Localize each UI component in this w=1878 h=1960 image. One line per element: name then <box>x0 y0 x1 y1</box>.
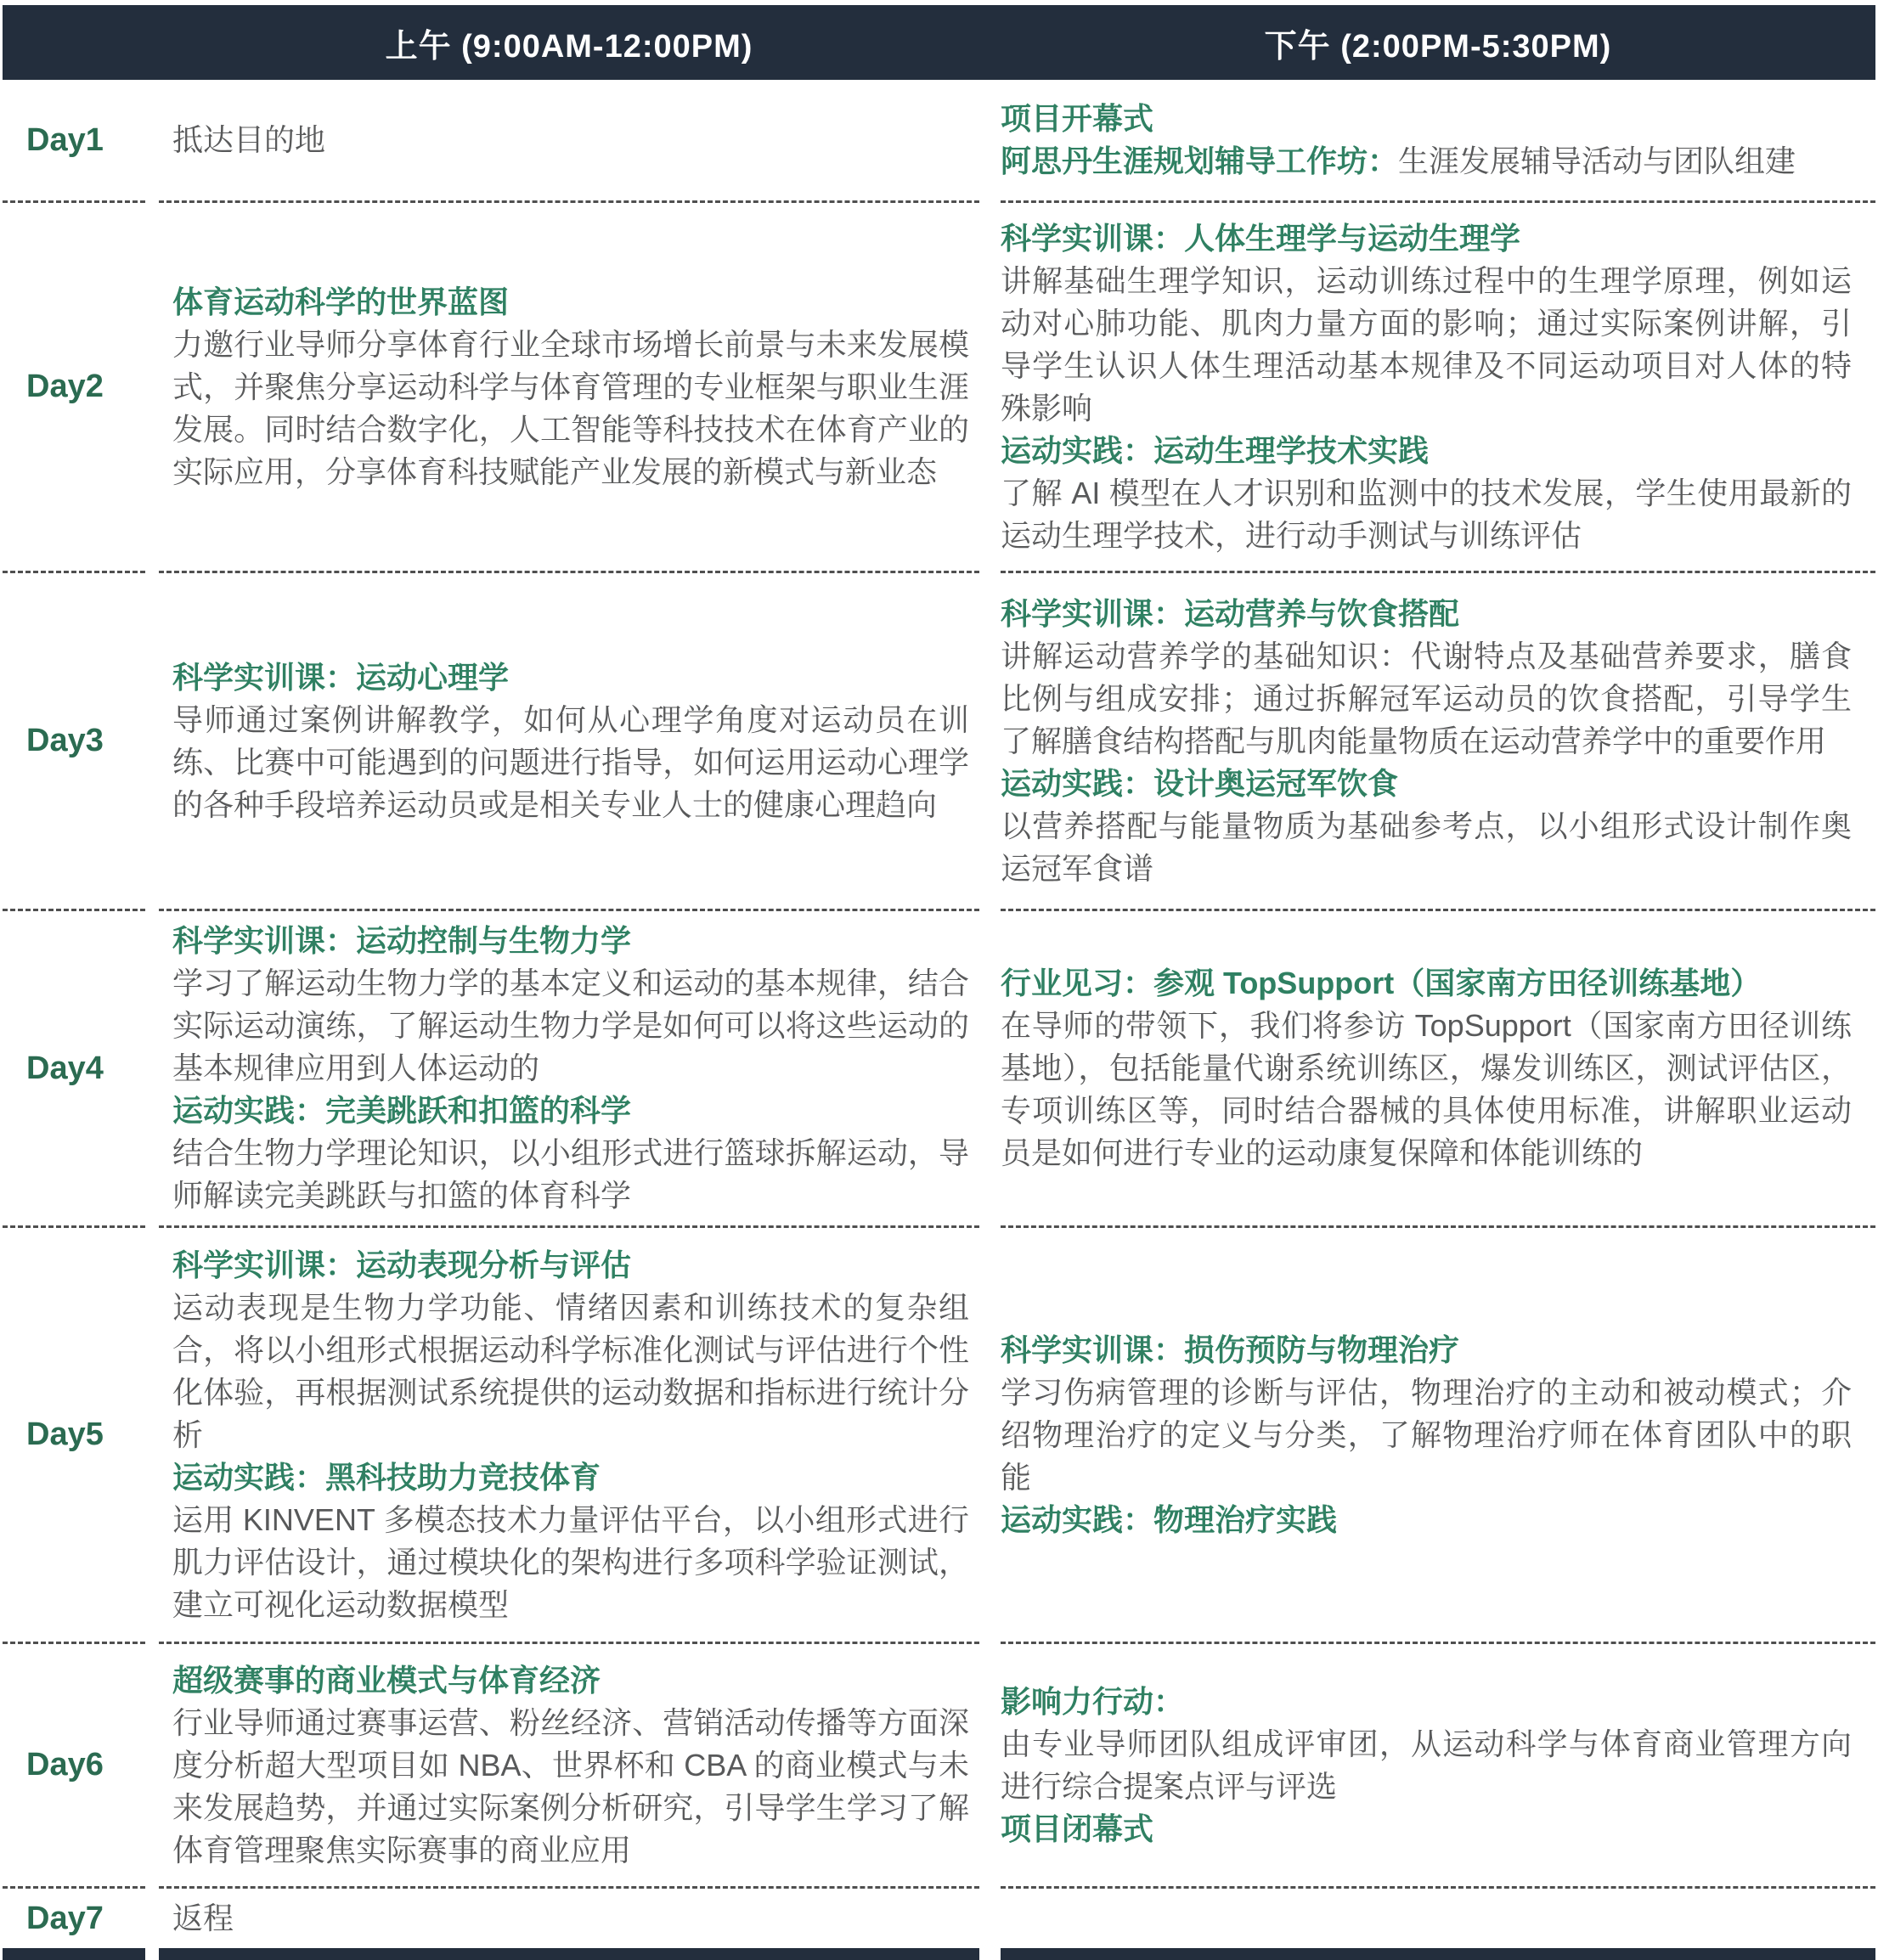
header-morning: 上午 (9:00AM-12:00PM) <box>159 5 979 80</box>
header-day-spacer <box>3 5 159 80</box>
table-bottom-border <box>3 1948 1875 1960</box>
session-description: 讲解运动营养学的基础知识：代谢特点及基础营养要求，膳食比例与组成安排；通过拆解冠… <box>1001 635 1852 763</box>
day-label: Day1 <box>26 122 145 159</box>
header-afternoon: 下午 (2:00PM-5:30PM) <box>1001 5 1875 80</box>
session-description: 导师通过案例讲解教学，如何从心理学角度对运动员在训练、比赛中可能遇到的问题进行指… <box>172 699 969 826</box>
session-description: 力邀行业导师分享体育行业全球市场增长前景与未来发展模式，并聚焦分享运动科学与体育… <box>172 324 969 493</box>
session-description: 学习了解运动生物力学的基本定义和运动的基本规律，结合实际运动演练，了解运动生物力… <box>172 962 969 1090</box>
session-title: 科学实训课：运动控制与生物力学 <box>172 920 969 962</box>
session-description: 在导师的带领下，我们将参访 TopSupport（国家南方田径训练基地），包括能… <box>1001 1005 1852 1174</box>
session-title: 科学实训课：运动心理学 <box>172 656 969 699</box>
session-title: 运动实践：完美跳跃和扣篮的科学 <box>172 1090 969 1132</box>
session-title: 运动实践：物理治疗实践 <box>1001 1499 1852 1541</box>
header-gutter <box>979 5 1001 80</box>
session-title: 超级赛事的商业模式与体育经济 <box>172 1659 969 1702</box>
session-description: 由专业导师团队组成评审团，从运动科学与体育商业管理方向进行综合提案点评与评选 <box>1001 1723 1852 1808</box>
session-description: 运动表现是生物力学功能、情绪因素和训练技术的复杂组合，将以小组形式根据运动科学标… <box>172 1287 969 1456</box>
schedule-table: 上午 (9:00AM-12:00PM) 下午 (2:00PM-5:30PM) D… <box>0 0 1878 1960</box>
table-row-day6: Day6 超级赛事的商业模式与体育经济 行业导师通过赛事运营、粉丝经济、营销活动… <box>3 1644 1875 1889</box>
session-description: 讲解基础生理学知识，运动训练过程中的生理学原理，例如运动对心肺功能、肌肉力量方面… <box>1001 260 1852 430</box>
day-label: Day7 <box>26 1901 145 1937</box>
session-description: 行业导师通过赛事运营、粉丝经济、营销活动传播等方面深度分析超大型项目如 NBA、… <box>172 1702 969 1872</box>
session-line: 阿思丹生涯规划辅导工作坊：生涯发展辅导活动与团队组建 <box>1001 140 1852 183</box>
table-row-day7: Day7 返程 <box>3 1889 1875 1948</box>
session-description: 运用 KINVENT 多模态技术力量评估平台，以小组形式进行肌力评估设计，通过模… <box>172 1499 969 1626</box>
session-description: 了解 AI 模型在人才识别和监测中的技术发展，学生使用最新的运动生理学技术，进行… <box>1001 472 1852 557</box>
session-description: 抵达目的地 <box>172 119 969 161</box>
session-title: 体育运动科学的世界蓝图 <box>172 281 969 324</box>
session-description: 结合生物力学理论知识，以小组形式进行篮球拆解运动，导师解读完美跳跃与扣篮的体育科… <box>172 1132 969 1217</box>
header-afternoon-label: 下午 (2:00PM-5:30PM) <box>1265 20 1612 66</box>
table-row-day2: Day2 体育运动科学的世界蓝图 力邀行业导师分享体育行业全球市场增长前景与未来… <box>3 203 1875 573</box>
day-label: Day3 <box>26 723 145 759</box>
session-title: 影响力行动： <box>1001 1681 1852 1723</box>
table-row-day4: Day4 科学实训课：运动控制与生物力学 学习了解运动生物力学的基本定义和运动的… <box>3 911 1875 1228</box>
table-row-day1: Day1 抵达目的地 项目开幕式 阿思丹生涯规划辅导工作坊：生涯发展辅导活动与团… <box>3 80 1875 203</box>
session-title: 行业见习：参观 TopSupport（国家南方田径训练基地） <box>1001 962 1852 1005</box>
table-row-day3: Day3 科学实训课：运动心理学 导师通过案例讲解教学，如何从心理学角度对运动员… <box>3 573 1875 911</box>
session-title: 项目闭幕式 <box>1001 1808 1852 1850</box>
session-title: 运动实践：黑科技助力竞技体育 <box>172 1456 969 1499</box>
session-title: 运动实践：运动生理学技术实践 <box>1001 430 1852 472</box>
session-description-inline: 生涯发展辅导活动与团队组建 <box>1398 144 1796 178</box>
day-label: Day6 <box>26 1747 145 1783</box>
table-header: 上午 (9:00AM-12:00PM) 下午 (2:00PM-5:30PM) <box>3 5 1875 80</box>
session-title: 运动实践：设计奥运冠军饮食 <box>1001 763 1852 805</box>
header-morning-label: 上午 (9:00AM-12:00PM) <box>386 20 753 66</box>
session-title: 项目开幕式 <box>1001 98 1852 140</box>
day-label: Day5 <box>26 1416 145 1453</box>
table-row-day5: Day5 科学实训课：运动表现分析与评估 运动表现是生物力学功能、情绪因素和训练… <box>3 1228 1875 1644</box>
day-label: Day4 <box>26 1050 145 1087</box>
session-title: 科学实训课：损伤预防与物理治疗 <box>1001 1329 1852 1371</box>
session-title: 科学实训课：运动营养与饮食搭配 <box>1001 593 1852 635</box>
session-description: 学习伤病管理的诊断与评估，物理治疗的主动和被动模式；介绍物理治疗的定义与分类，了… <box>1001 1371 1852 1499</box>
session-title-inline: 阿思丹生涯规划辅导工作坊： <box>1001 144 1398 178</box>
session-title: 科学实训课：运动表现分析与评估 <box>172 1244 969 1287</box>
session-title: 科学实训课：人体生理学与运动生理学 <box>1001 217 1852 260</box>
day-label: Day2 <box>26 369 145 405</box>
session-description: 以营养搭配与能量物质为基础参考点，以小组形式设计制作奥运冠军食谱 <box>1001 805 1852 890</box>
session-description: 返程 <box>172 1897 969 1940</box>
